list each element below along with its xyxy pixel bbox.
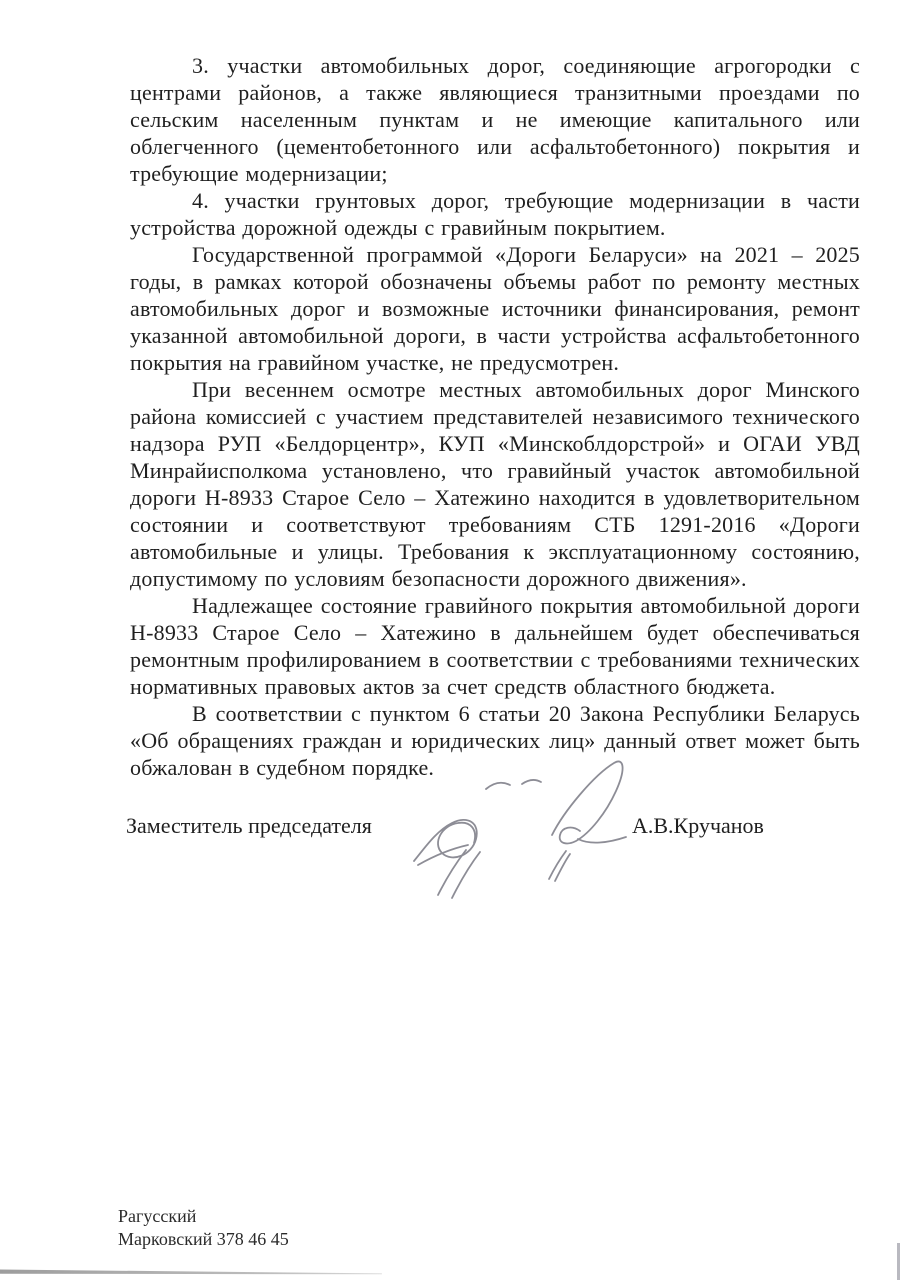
paragraph-item-3: 3. участки автомобильных дорог, соединяю… — [130, 52, 860, 187]
scanned-letter-page: 3. участки автомобильных дорог, соединяю… — [0, 0, 904, 1280]
signature-block: Заместитель председателя А.В.Кручанов — [130, 811, 860, 845]
scan-artifact-bottom-line — [0, 1269, 382, 1276]
paragraph-maintenance: Надлежащее состояние гравийного покрытия… — [130, 592, 860, 700]
scan-artifact-right-edge — [897, 1243, 900, 1280]
letter-body: 3. участки автомобильных дорог, соединяю… — [130, 52, 860, 845]
signer-name: А.В.Кручанов — [632, 813, 764, 839]
paragraph-item-4: 4. участки грунтовых дорог, требующие мо… — [130, 187, 860, 241]
paragraph-spring-inspection: При весеннем осмотре местных автомобильн… — [130, 376, 860, 592]
executor-line-2: Марковский 378 46 45 — [118, 1228, 289, 1251]
signature-image — [402, 753, 662, 913]
paragraph-state-program: Государственной программой «Дороги Белар… — [130, 241, 860, 376]
executor-footer: Рагусский Марковский 378 46 45 — [118, 1205, 289, 1251]
executor-line-1: Рагусский — [118, 1205, 289, 1228]
signer-title: Заместитель председателя — [126, 813, 372, 839]
